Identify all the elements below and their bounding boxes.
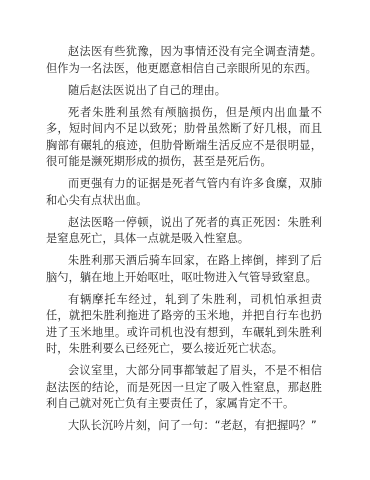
paragraph-5: 赵法医略一停顿，说出了死者的真正死因：朱胜利是窒息死亡，具体一点就是吸入性窒息。 [46, 215, 322, 248]
paragraph-3: 死者朱胜利虽然有颅脑损伤，但是颅内出血量不多，短时间内不足以致死；肋骨虽然断了好… [46, 105, 322, 171]
paragraph-9: 大队长沉吟片刻，问了一句：“老赵，有把握吗？” [46, 418, 322, 435]
paragraph-7: 有辆摩托车经过，轧到了朱胜利，司机怕承担责任，就把朱胜利拖进了路旁的玉米地，并把… [46, 292, 322, 358]
paragraph-6: 朱胜利那天酒后骑车回家，在路上摔倒，摔到了后脑勺，躺在地上开始呕吐，呕吐物进入气… [46, 253, 322, 286]
paragraph-8: 会议室里，大部分同事都皱起了眉头，不是不相信赵法医的结论，而是死因一旦定了吸入性… [46, 363, 322, 413]
paragraph-2: 随后赵法医说出了自己的理由。 [46, 83, 322, 100]
document-page: 赵法医有些犹豫，因为事情还没有完全调查清楚。但作为一名法医，他更愿意相信自己亲眼… [46, 44, 322, 440]
paragraph-1: 赵法医有些犹豫，因为事情还没有完全调查清楚。但作为一名法医，他更愿意相信自己亲眼… [46, 44, 322, 77]
paragraph-4: 而更强有力的证据是死者气管内有许多食糜，双肺和心尖有点状出血。 [46, 176, 322, 209]
